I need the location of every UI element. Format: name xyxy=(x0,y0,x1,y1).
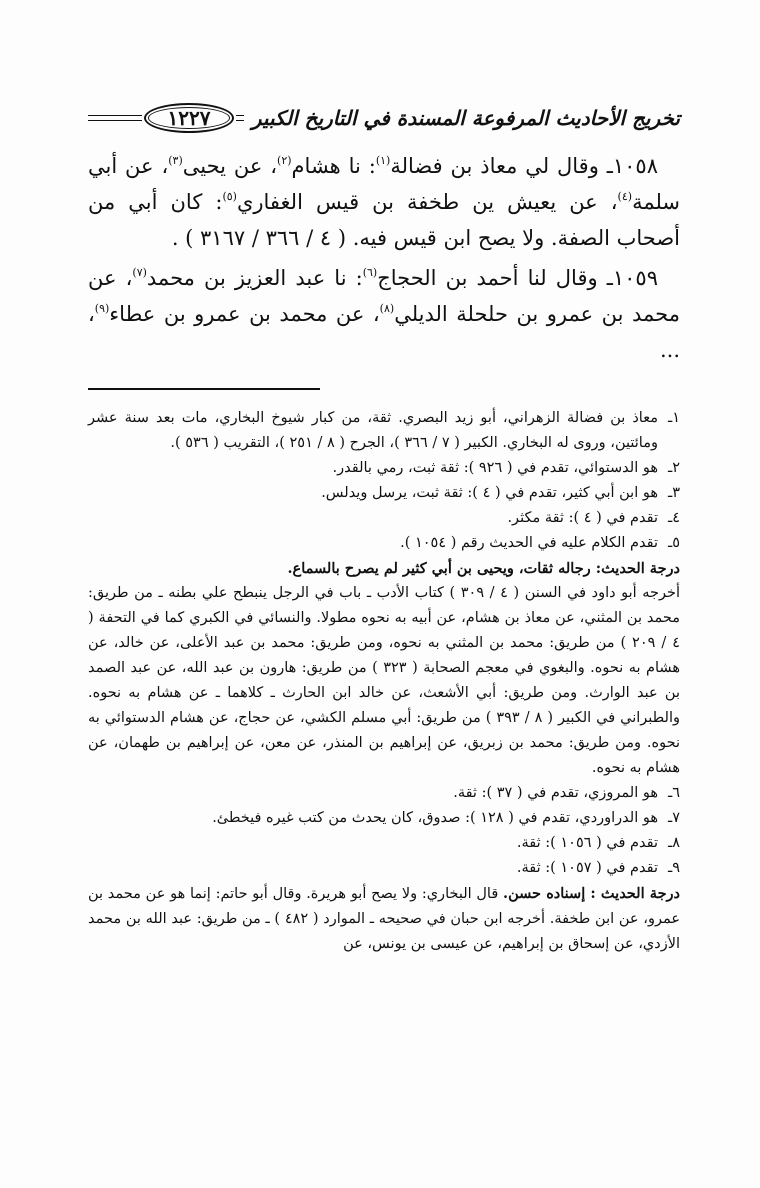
footnote-2: ٢ـهو الدستوائي، تقدم في ( ٩٢٦ ): ثقة ثبت… xyxy=(88,456,680,481)
footnote-text: هو ابن أبي كثير، تقدم في ( ٤ ): ثقة ثبت،… xyxy=(321,485,658,501)
footnote-number: ١ـ xyxy=(668,406,680,431)
footnote-3: ٣ـهو ابن أبي كثير، تقدم في ( ٤ ): ثقة ثب… xyxy=(88,481,680,506)
footnote-number: ٨ـ xyxy=(668,831,680,856)
book-title: تخريج الأحاديث المرفوعة المسندة في التار… xyxy=(252,106,680,130)
footnote-separator-wrap xyxy=(88,372,680,406)
footnote-ref[interactable]: (١) xyxy=(376,154,391,167)
footnote-9: ٩ـتقدم في ( ١٠٥٧ ): ثقة. xyxy=(88,856,680,881)
footnote-ref[interactable]: (٩) xyxy=(95,302,110,315)
hadith-grade-1058: درجة الحديث: رجاله ثقات، ويحيى بن أبي كث… xyxy=(88,556,680,581)
hadith-grade-1059: درجة الحديث : إسناده حسن. قال البخاري: و… xyxy=(88,881,680,957)
hadith-number: ١٠٥٩ـ xyxy=(607,266,658,290)
footnote-number: ٢ـ xyxy=(668,456,680,481)
running-header: تخريج الأحاديث المرفوعة المسندة في التار… xyxy=(88,96,680,140)
footnote-text: هو الدستوائي، تقدم في ( ٩٢٦ ): ثقة ثبت، … xyxy=(333,460,658,476)
footnote-number: ٥ـ xyxy=(668,531,680,556)
hadith-number: ١٠٥٨ـ xyxy=(607,154,658,178)
footnote-separator xyxy=(88,388,320,390)
header-rule-end xyxy=(88,115,142,121)
text: ، عن يعيش ين طخفة بن قيس الغفاري xyxy=(237,190,618,214)
footnote-text: تقدم في ( ٤ ): ثقة مكثر. xyxy=(507,510,658,526)
footnote-1: ١ـمعاذ بن فضالة الزهراني، أبو زيد البصري… xyxy=(88,406,680,456)
footnote-ref[interactable]: (٥) xyxy=(222,190,237,203)
footnote-4: ٤ـتقدم في ( ٤ ): ثقة مكثر. xyxy=(88,506,680,531)
footnote-number: ٧ـ xyxy=(668,806,680,831)
main-text: ١٠٥٨ـ وقال لي معاذ بن فضالة(١): نا هشام(… xyxy=(88,148,680,368)
text: وقال لي معاذ بن فضالة xyxy=(390,154,606,178)
header-rule xyxy=(236,115,244,121)
footnote-ref[interactable]: (٦) xyxy=(363,266,378,279)
hadith-1059: ١٠٥٩ـ وقال لنا أحمد بن الحجاج(٦): نا عبد… xyxy=(88,260,680,368)
text: ، عن محمد بن عمرو بن عطاء xyxy=(109,302,379,326)
text: وقال لنا أحمد بن الحجاج xyxy=(377,266,607,290)
footnote-text: هو المروزي، تقدم في ( ٣٧ ): ثقة. xyxy=(453,785,658,801)
footnote-number: ٦ـ xyxy=(668,781,680,806)
footnotes: ١ـمعاذ بن فضالة الزهراني، أبو زيد البصري… xyxy=(88,406,680,957)
footnote-7: ٧ـهو الدراوردي، تقدم في ( ١٢٨ ): صدوق، ك… xyxy=(88,806,680,831)
footnote-ref[interactable]: (٨) xyxy=(380,302,395,315)
footnote-5: ٥ـتقدم الكلام عليه في الحديث رقم ( ١٠٥٤ … xyxy=(88,531,680,556)
footnote-number: ٣ـ xyxy=(668,481,680,506)
footnote-number: ٤ـ xyxy=(668,506,680,531)
text: : نا هشام xyxy=(292,154,376,178)
footnote-text: تقدم في ( ١٠٥٦ ): ثقة. xyxy=(517,835,658,851)
takhrij-1058: أخرجه أبو داود في السنن ( ٤ / ٣٠٩ ) كتاب… xyxy=(88,581,680,781)
book-page: تخريج الأحاديث المرفوعة المسندة في التار… xyxy=(88,96,680,957)
footnote-ref[interactable]: (٤) xyxy=(618,190,633,203)
grade-label: درجة الحديث : إسناده حسن. xyxy=(503,885,680,902)
footnote-text: هو الدراوردي، تقدم في ( ١٢٨ ): صدوق، كان… xyxy=(212,810,658,826)
footnote-ref[interactable]: (٣) xyxy=(168,154,183,167)
footnote-6: ٦ـهو المروزي، تقدم في ( ٣٧ ): ثقة. xyxy=(88,781,680,806)
text: ، عن يحيى xyxy=(183,154,277,178)
footnote-8: ٨ـتقدم في ( ١٠٥٦ ): ثقة. xyxy=(88,831,680,856)
footnote-text: تقدم في ( ١٠٥٧ ): ثقة. xyxy=(517,860,658,876)
page-number-oval: ١٢٢٧ xyxy=(144,103,234,133)
text: : نا عبد العزيز بن محمد xyxy=(147,266,363,290)
footnote-ref[interactable]: (٧) xyxy=(132,266,147,279)
footnote-number: ٩ـ xyxy=(668,856,680,881)
footnote-ref[interactable]: (٢) xyxy=(277,154,292,167)
footnote-text: معاذ بن فضالة الزهراني، أبو زيد البصري. … xyxy=(88,410,658,451)
footnote-text: تقدم الكلام عليه في الحديث رقم ( ١٠٥٤ ). xyxy=(400,535,658,551)
page-number: ١٢٢٧ xyxy=(168,106,211,130)
hadith-1058: ١٠٥٨ـ وقال لي معاذ بن فضالة(١): نا هشام(… xyxy=(88,148,680,256)
